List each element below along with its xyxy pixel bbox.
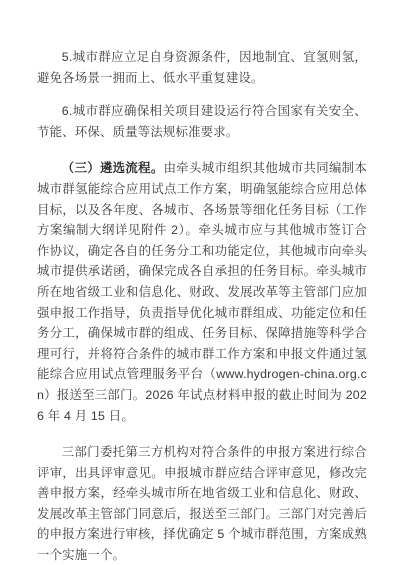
- selection-process-text-before-url: 由牵头城市组织其他城市共同编制本城市群氢能综合应用试点工作方案，明确氢能综合应用…: [37, 161, 367, 381]
- paragraph-review: 三部门委托第三方机构对符合条件的申报方案进行综合评审，出具评审意见。申报城市群应…: [37, 442, 367, 565]
- document-page: 5.城市群应立足自身资源条件，因地制宜、宜氢则氢，避免各场景一拥而上、低水平重复…: [0, 0, 400, 565]
- paragraph-item-6: 6.城市群应确保相关项目建设运行符合国家有关安全、节能、环保、质量等法规标准要求…: [37, 101, 367, 142]
- paragraph-selection-process: （三）遴选流程。由牵头城市组织其他城市共同编制本城市群氢能综合应用试点工作方案，…: [37, 158, 367, 426]
- paragraph-item-5: 5.城市群应立足自身资源条件，因地制宜、宜氢则氢，避免各场景一拥而上、低水平重复…: [37, 47, 367, 88]
- section-heading-selection-process: （三）遴选流程。: [62, 161, 164, 175]
- paragraph-item-6-text: 6.城市群应确保相关项目建设运行符合国家有关安全、节能、环保、质量等法规标准要求…: [37, 104, 367, 139]
- paragraph-item-5-text: 5.城市群应立足自身资源条件，因地制宜、宜氢则氢，避免各场景一拥而上、低水平重复…: [37, 50, 367, 85]
- paragraph-review-text: 三部门委托第三方机构对符合条件的申报方案进行综合评审，出具评审意见。申报城市群应…: [37, 445, 367, 562]
- selection-process-text-after-url: 报送至三部门。2026 年试点材料申报的截止时间为 2026 年 4 月 15 …: [37, 388, 367, 423]
